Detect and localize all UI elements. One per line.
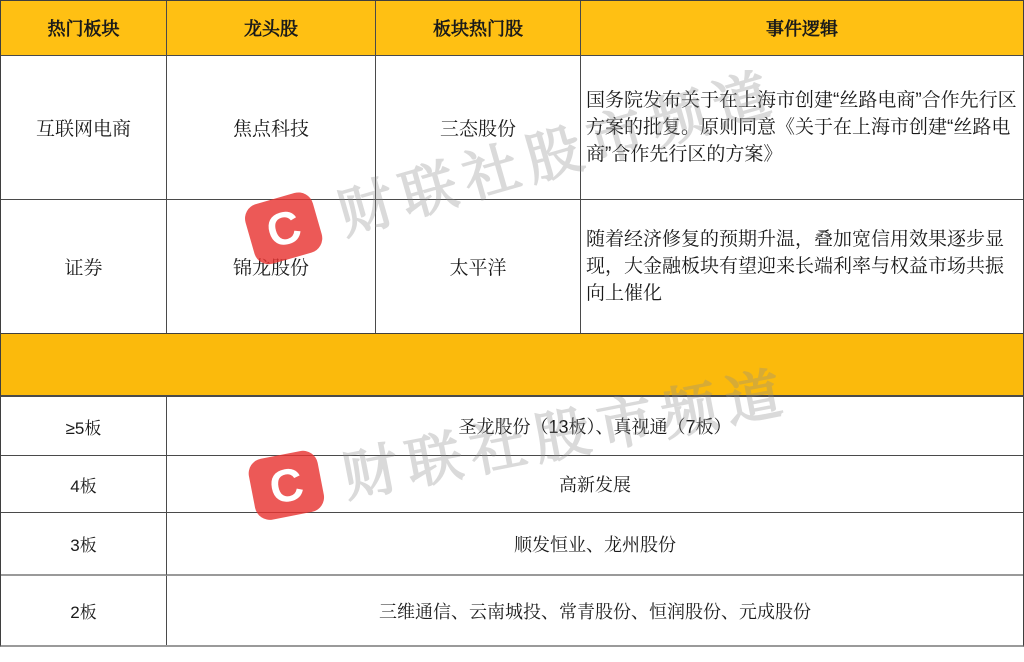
hot-stock-cell: 太平洋 [376,200,581,333]
limit-up-label: 2板 [1,576,167,645]
limit-up-table: ≥5板 圣龙股份（13板）、真视通（7板） 4板 高新发展 3板 顺发恒业、龙州… [0,397,1024,647]
limit-up-label: 3板 [1,513,167,576]
header-sector-hot-stock: 板块热门股 [376,1,581,56]
leader-cell: 锦龙股份 [167,200,376,333]
limit-up-stocks: 圣龙股份（13板）、真视通（7板） [167,397,1023,456]
header-event-logic: 事件逻辑 [581,1,1023,56]
header-leading-stock: 龙头股 [167,1,376,56]
sector-table: 热门板块 龙头股 板块热门股 事件逻辑 互联网电商 焦点科技 三态股份 国务院发… [0,0,1024,334]
yellow-separator-band [0,334,1024,397]
sector-cell: 证券 [1,200,167,333]
event-logic-cell: 国务院发布关于在上海市创建“丝路电商”合作先行区方案的批复。原则同意《关于在上海… [581,56,1023,200]
limit-up-label: 4板 [1,456,167,513]
limit-up-stocks: 高新发展 [167,456,1023,513]
event-logic-cell: 随着经济修复的预期升温，叠加宽信用效果逐步显现，大金融板块有望迎来长端利率与权益… [581,200,1023,333]
limit-up-label: ≥5板 [1,397,167,456]
page: 热门板块 龙头股 板块热门股 事件逻辑 互联网电商 焦点科技 三态股份 国务院发… [0,0,1024,662]
sector-cell: 互联网电商 [1,56,167,200]
leader-cell: 焦点科技 [167,56,376,200]
header-hot-sector: 热门板块 [1,1,167,56]
hot-stock-cell: 三态股份 [376,56,581,200]
limit-up-stocks: 顺发恒业、龙州股份 [167,513,1023,576]
limit-up-stocks: 三维通信、云南城投、常青股份、恒润股份、元成股份 [167,576,1023,645]
